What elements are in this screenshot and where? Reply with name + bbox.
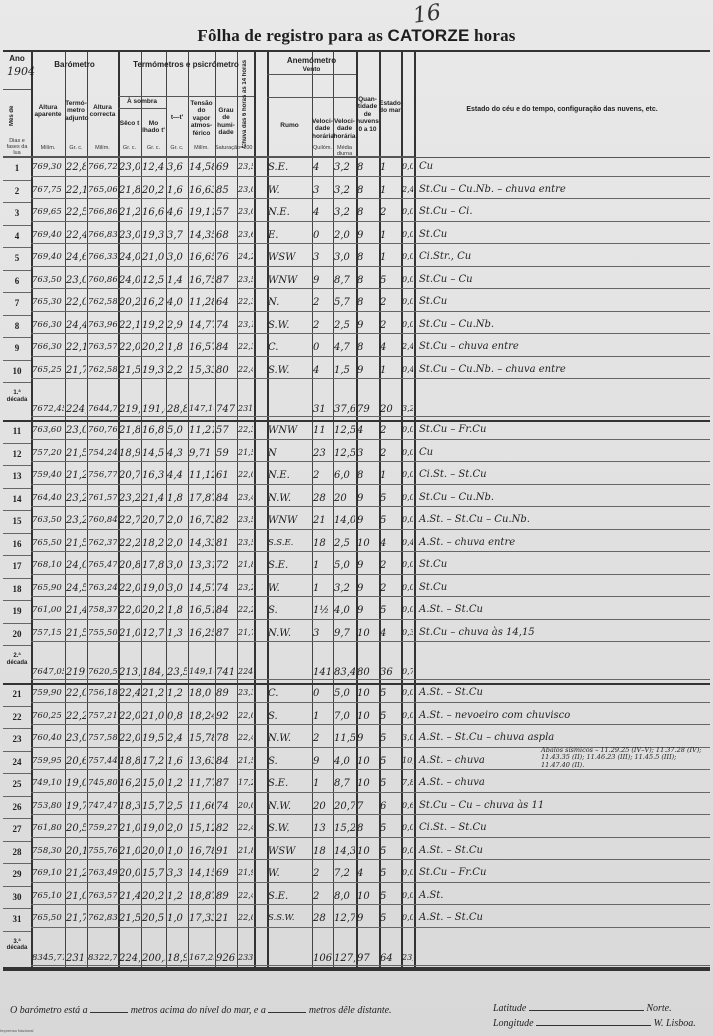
cell-chuva[interactable]: 22,2 bbox=[238, 605, 253, 614]
cell-alt_ap[interactable]: 759,95 bbox=[32, 756, 64, 766]
cell-diff[interactable]: 1,8 bbox=[167, 342, 187, 353]
cell-chuva[interactable]: 22,3 bbox=[238, 297, 253, 306]
cell-diff[interactable]: 3,7 bbox=[167, 230, 187, 241]
cell-nuv[interactable]: 9 bbox=[357, 583, 378, 594]
cell-v1[interactable]: 2 bbox=[313, 733, 332, 744]
cell-v1[interactable]: 28 bbox=[313, 493, 332, 504]
cell-v2[interactable]: 6,0 bbox=[334, 470, 355, 481]
cell-v2[interactable]: 20 bbox=[334, 493, 355, 504]
cell-alt_ap[interactable]: 769,10 bbox=[32, 868, 64, 878]
cell-chuva[interactable]: 224,0 bbox=[238, 667, 253, 676]
cell-molh[interactable]: 16,2 bbox=[142, 297, 165, 308]
cell-mar[interactable]: 5 bbox=[380, 275, 400, 286]
cell-molh[interactable]: 20,2 bbox=[142, 605, 165, 616]
cell-diff[interactable]: 1,6 bbox=[167, 756, 187, 767]
cell-term[interactable]: 20,5 bbox=[66, 823, 86, 834]
sky-remark[interactable]: A.St. – St.Cu – Cu.Nb. bbox=[419, 514, 530, 525]
cell-chuva[interactable]: 21,8 bbox=[238, 846, 253, 855]
cell-hum[interactable]: 91 bbox=[216, 846, 236, 857]
sky-remark[interactable]: Cu bbox=[419, 161, 433, 172]
cell-tens[interactable]: 16,65 bbox=[189, 252, 214, 263]
cell-nuv[interactable]: 10 bbox=[357, 778, 378, 789]
cell-diff[interactable]: 1,4 bbox=[167, 275, 187, 286]
cell-v1[interactable]: 2 bbox=[313, 470, 332, 481]
cell-v2[interactable]: 20,7 bbox=[334, 801, 355, 812]
cell-alt_cor[interactable]: 762,58 bbox=[88, 365, 117, 375]
cell-tens[interactable]: 11,77 bbox=[189, 778, 214, 789]
cell-rumo[interactable]: C. bbox=[268, 688, 311, 699]
cell-seco[interactable]: 23,2 bbox=[119, 493, 140, 504]
cell-chuva[interactable]: 23,5 bbox=[238, 538, 253, 547]
cell-alt_cor[interactable]: 765,06 bbox=[88, 185, 117, 195]
cell-hum[interactable]: 69 bbox=[216, 868, 236, 879]
cell-diff[interactable]: 1,2 bbox=[167, 688, 187, 699]
cell-rumo[interactable]: S.W. bbox=[268, 365, 311, 376]
cell-alt_ap[interactable]: 765,50 bbox=[32, 913, 64, 923]
cell-v2[interactable]: 8,7 bbox=[334, 778, 355, 789]
cell-rumo[interactable]: WNW bbox=[268, 515, 311, 526]
cell-molh[interactable]: 21,0 bbox=[142, 711, 165, 722]
cell-chuva[interactable]: 22,0 bbox=[238, 913, 253, 922]
cell-term[interactable]: 219,1 bbox=[66, 667, 86, 678]
cell-molh[interactable]: 18,2 bbox=[142, 538, 165, 549]
cell-hum[interactable]: 74 bbox=[216, 320, 236, 331]
cell-alt_cor[interactable]: 8322,74 bbox=[88, 953, 117, 963]
cell-rumo[interactable]: N.W. bbox=[268, 628, 311, 639]
cell-chuva[interactable]: 20,0 bbox=[238, 801, 253, 810]
cell-molh[interactable]: 20,2 bbox=[142, 185, 165, 196]
cell-hum[interactable]: 84 bbox=[216, 756, 236, 767]
cell-rumo[interactable]: S.E. bbox=[268, 778, 311, 789]
cell-v2[interactable]: 8,0 bbox=[334, 891, 355, 902]
cell-mar[interactable]: 1 bbox=[380, 470, 400, 481]
cell-nuv[interactable]: 8 bbox=[357, 275, 378, 286]
cell-molh[interactable]: 19,3 bbox=[142, 365, 165, 376]
cell-diff[interactable]: 1,0 bbox=[167, 846, 187, 857]
cell-oz[interactable]: 0,0 bbox=[402, 207, 413, 216]
cell-nuv[interactable]: 10 bbox=[357, 756, 378, 767]
cell-chuva[interactable]: 17,2 bbox=[238, 778, 253, 787]
cell-diff[interactable]: 3,0 bbox=[167, 560, 187, 571]
cell-chuva[interactable]: 22,0 bbox=[238, 470, 253, 479]
cell-seco[interactable]: 22,4 bbox=[119, 688, 140, 699]
cell-hum[interactable]: 741 bbox=[216, 667, 236, 678]
cell-nuv[interactable]: 10 bbox=[357, 628, 378, 639]
cell-rumo[interactable]: S.E. bbox=[268, 162, 311, 173]
cell-rumo[interactable]: N.E. bbox=[268, 207, 311, 218]
cell-v1[interactable]: 1½ bbox=[313, 605, 332, 616]
cell-rumo[interactable]: S. bbox=[268, 711, 311, 722]
cell-rumo[interactable]: N bbox=[268, 448, 311, 459]
cell-chuva[interactable]: 21,7 bbox=[238, 628, 253, 637]
cell-v2[interactable]: 3,0 bbox=[334, 252, 355, 263]
cell-mar[interactable]: 2 bbox=[380, 448, 400, 459]
cell-tens[interactable]: 14,35 bbox=[189, 230, 214, 241]
cell-chuva[interactable]: 233,8 bbox=[238, 953, 253, 962]
cell-hum[interactable]: 59 bbox=[216, 448, 236, 459]
cell-oz[interactable]: 0,4 bbox=[402, 538, 413, 547]
cell-nuv[interactable]: 8 bbox=[357, 207, 378, 218]
cell-alt_cor[interactable]: 760,86 bbox=[88, 275, 117, 285]
sky-remark[interactable]: A.St. – St.Cu bbox=[419, 604, 483, 615]
cell-mar[interactable]: 5 bbox=[380, 891, 400, 902]
cell-tens[interactable]: 149,16 bbox=[189, 667, 214, 677]
cell-rumo[interactable]: N.W. bbox=[268, 733, 311, 744]
cell-diff[interactable]: 28,8 bbox=[167, 404, 187, 415]
cell-mar[interactable]: 5 bbox=[380, 846, 400, 857]
cell-hum[interactable]: 69 bbox=[216, 162, 236, 173]
cell-hum[interactable]: 78 bbox=[216, 733, 236, 744]
cell-mar[interactable]: 4 bbox=[380, 628, 400, 639]
cell-seco[interactable]: 20,8 bbox=[119, 560, 140, 571]
cell-alt_cor[interactable]: 763,57 bbox=[88, 891, 117, 901]
cell-v1[interactable]: 1 bbox=[313, 583, 332, 594]
cell-hum[interactable]: 926 bbox=[216, 953, 236, 964]
cell-diff[interactable]: 1,2 bbox=[167, 891, 187, 902]
sky-remark[interactable]: A.St. – St.Cu bbox=[419, 687, 483, 698]
cell-alt_ap[interactable]: 759,90 bbox=[32, 688, 64, 698]
cell-oz[interactable]: 0,0 bbox=[402, 605, 413, 614]
cell-alt_cor[interactable]: 745,80 bbox=[88, 778, 117, 788]
cell-v1[interactable]: 141 bbox=[313, 667, 332, 678]
cell-tens[interactable]: 18,0 bbox=[189, 688, 214, 699]
cell-tens[interactable]: 18,87 bbox=[189, 891, 214, 902]
cell-alt_ap[interactable]: 765,90 bbox=[32, 583, 64, 593]
cell-tens[interactable]: 19,11 bbox=[189, 207, 214, 218]
cell-alt_cor[interactable]: 762,37 bbox=[88, 538, 117, 548]
cell-seco[interactable]: 22,0 bbox=[119, 733, 140, 744]
cell-tens[interactable]: 147,16 bbox=[189, 404, 214, 414]
cell-v1[interactable]: 4 bbox=[313, 207, 332, 218]
cell-alt_cor[interactable]: 755,50 bbox=[88, 628, 117, 638]
cell-molh[interactable]: 17,2 bbox=[142, 756, 165, 767]
sky-remark[interactable]: St.Cu – Cu – chuva às 11 bbox=[419, 800, 544, 811]
sky-remark[interactable]: Ci.St. – St.Cu bbox=[419, 822, 487, 833]
cell-alt_ap[interactable]: 760,40 bbox=[32, 733, 64, 743]
cell-term[interactable]: 21,2 bbox=[66, 470, 86, 481]
cell-diff[interactable]: 23,5 bbox=[167, 667, 187, 678]
cell-term[interactable]: 19,0 bbox=[66, 778, 86, 789]
cell-v2[interactable]: 5,7 bbox=[334, 297, 355, 308]
cell-molh[interactable]: 15,0 bbox=[142, 778, 165, 789]
cell-v1[interactable]: 3 bbox=[313, 628, 332, 639]
cell-v2[interactable]: 1,5 bbox=[334, 365, 355, 376]
cell-chuva[interactable]: 22,4 bbox=[238, 891, 253, 900]
cell-alt_cor[interactable]: 747,47 bbox=[88, 801, 117, 811]
cell-molh[interactable]: 20,7 bbox=[142, 515, 165, 526]
cell-alt_cor[interactable]: 763,96 bbox=[88, 320, 117, 330]
sky-remark[interactable]: St.Cu bbox=[419, 296, 447, 307]
sky-remark[interactable]: St.Cu – Cu.Nb. bbox=[419, 492, 494, 503]
cell-alt_ap[interactable]: 765,25 bbox=[32, 365, 64, 375]
cell-hum[interactable]: 85 bbox=[216, 185, 236, 196]
cell-term[interactable]: 21,7 bbox=[66, 913, 86, 924]
cell-hum[interactable]: 81 bbox=[216, 538, 236, 549]
cell-diff[interactable]: 1,0 bbox=[167, 913, 187, 924]
cell-v2[interactable]: 15,2 bbox=[334, 823, 355, 834]
cell-nuv[interactable]: 3 bbox=[357, 448, 378, 459]
cell-term[interactable]: 22,5 bbox=[66, 207, 86, 218]
cell-oz[interactable]: 0,3 bbox=[402, 628, 413, 637]
cell-oz[interactable]: 0,0 bbox=[402, 583, 413, 592]
longitude-field[interactable] bbox=[536, 1025, 651, 1026]
cell-alt_ap[interactable]: 760,25 bbox=[32, 711, 64, 721]
cell-alt_ap[interactable]: 763,50 bbox=[32, 275, 64, 285]
barometer-distance-field[interactable] bbox=[268, 1012, 306, 1013]
cell-nuv[interactable]: 9 bbox=[357, 913, 378, 924]
cell-term[interactable]: 22,1 bbox=[66, 185, 86, 196]
cell-oz[interactable]: 0,0 bbox=[402, 823, 413, 832]
cell-chuva[interactable]: 23,5 bbox=[238, 162, 253, 171]
cell-seco[interactable]: 18,9 bbox=[119, 448, 140, 459]
cell-alt_ap[interactable]: 766,30 bbox=[32, 342, 64, 352]
cell-seco[interactable]: 219,8 bbox=[119, 404, 140, 415]
cell-alt_ap[interactable]: 769,40 bbox=[32, 230, 64, 240]
cell-term[interactable]: 21,2 bbox=[66, 868, 86, 879]
cell-v1[interactable]: 9 bbox=[313, 756, 332, 767]
sky-remark[interactable]: Cu bbox=[419, 447, 433, 458]
cell-molh[interactable]: 191,0 bbox=[142, 404, 165, 415]
cell-chuva[interactable]: 21,8 bbox=[238, 560, 253, 569]
cell-chuva[interactable]: 21,5 bbox=[238, 756, 253, 765]
cell-alt_cor[interactable]: 766,72 bbox=[88, 162, 117, 172]
cell-oz[interactable]: 0,0 bbox=[402, 425, 413, 434]
cell-molh[interactable]: 16,6 bbox=[142, 207, 165, 218]
cell-molh[interactable]: 19,3 bbox=[142, 230, 165, 241]
cell-oz[interactable]: 0,0 bbox=[402, 688, 413, 697]
cell-oz[interactable]: 2,4 bbox=[402, 185, 413, 194]
cell-alt_ap[interactable]: 761,80 bbox=[32, 823, 64, 833]
cell-nuv[interactable]: 10 bbox=[357, 688, 378, 699]
cell-term[interactable]: 21,5 bbox=[66, 448, 86, 459]
cell-alt_cor[interactable]: 7620,53 bbox=[88, 667, 117, 677]
cell-hum[interactable]: 84 bbox=[216, 342, 236, 353]
cell-hum[interactable]: 82 bbox=[216, 823, 236, 834]
cell-molh[interactable]: 15,7 bbox=[142, 868, 165, 879]
cell-molh[interactable]: 15,7 bbox=[142, 801, 165, 812]
cell-mar[interactable]: 20 bbox=[380, 404, 400, 415]
cell-tens[interactable]: 16,25 bbox=[189, 628, 214, 639]
cell-term[interactable]: 231,7 bbox=[66, 953, 86, 964]
cell-seco[interactable]: 21,4 bbox=[119, 891, 140, 902]
cell-hum[interactable]: 72 bbox=[216, 560, 236, 571]
cell-alt_cor[interactable]: 755,76 bbox=[88, 846, 117, 856]
cell-rumo[interactable]: WNW bbox=[268, 275, 311, 286]
cell-alt_ap[interactable]: 758,30 bbox=[32, 846, 64, 856]
cell-alt_cor[interactable]: 757,58 bbox=[88, 733, 117, 743]
cell-nuv[interactable]: 8 bbox=[357, 342, 378, 353]
cell-hum[interactable]: 87 bbox=[216, 275, 236, 286]
cell-hum[interactable]: 64 bbox=[216, 297, 236, 308]
cell-alt_ap[interactable]: 763,60 bbox=[32, 425, 64, 435]
cell-diff[interactable]: 4,3 bbox=[167, 448, 187, 459]
cell-oz[interactable]: 0,0 bbox=[402, 448, 413, 457]
cell-rumo[interactable]: W. bbox=[268, 185, 311, 196]
cell-alt_ap[interactable]: 766,30 bbox=[32, 320, 64, 330]
cell-diff[interactable]: 3,0 bbox=[167, 583, 187, 594]
cell-tens[interactable]: 14,57 bbox=[189, 583, 214, 594]
cell-seco[interactable]: 20,2 bbox=[119, 297, 140, 308]
cell-molh[interactable]: 14,5 bbox=[142, 448, 165, 459]
cell-molh[interactable]: 20,2 bbox=[142, 891, 165, 902]
cell-rumo[interactable]: E. bbox=[268, 230, 311, 241]
barometer-height-field[interactable] bbox=[90, 1012, 128, 1013]
cell-diff[interactable]: 0,8 bbox=[167, 711, 187, 722]
sky-remark[interactable]: A.St. – chuva bbox=[419, 777, 485, 788]
cell-diff[interactable]: 2,5 bbox=[167, 801, 187, 812]
cell-seco[interactable]: 22,2 bbox=[119, 538, 140, 549]
cell-oz[interactable]: 0,0 bbox=[402, 230, 413, 239]
sky-remark[interactable]: A.St. – St.Cu bbox=[419, 912, 483, 923]
cell-tens[interactable]: 13,63 bbox=[189, 756, 214, 767]
cell-diff[interactable]: 1,6 bbox=[167, 185, 187, 196]
cell-term[interactable]: 21,7 bbox=[66, 365, 86, 376]
cell-nuv[interactable]: 9 bbox=[357, 733, 378, 744]
cell-nuv[interactable]: 9 bbox=[357, 605, 378, 616]
cell-tens[interactable]: 15,78 bbox=[189, 733, 214, 744]
cell-molh[interactable]: 19,5 bbox=[142, 733, 165, 744]
cell-hum[interactable]: 82 bbox=[216, 515, 236, 526]
cell-term[interactable]: 20,1 bbox=[66, 846, 86, 857]
cell-seco[interactable]: 24,0 bbox=[119, 252, 140, 263]
cell-term[interactable]: 24,5 bbox=[66, 583, 86, 594]
cell-v1[interactable]: 28 bbox=[313, 913, 332, 924]
sky-remark[interactable]: A.St. – chuva entre bbox=[419, 537, 515, 548]
cell-v1[interactable]: 0 bbox=[313, 342, 332, 353]
cell-mar[interactable]: 2 bbox=[380, 425, 400, 436]
cell-v1[interactable]: 3 bbox=[313, 252, 332, 263]
cell-tens[interactable]: 9,71 bbox=[189, 448, 214, 459]
cell-oz[interactable]: 0,7 bbox=[402, 667, 413, 676]
cell-nuv[interactable]: 10 bbox=[357, 846, 378, 857]
cell-seco[interactable]: 24,0 bbox=[119, 275, 140, 286]
cell-v2[interactable]: 11,5 bbox=[334, 733, 355, 744]
sky-remark[interactable]: A.St. – St.Cu bbox=[419, 845, 483, 856]
cell-tens[interactable]: 16,57 bbox=[189, 342, 214, 353]
cell-mar[interactable]: 5 bbox=[380, 711, 400, 722]
cell-mar[interactable]: 2 bbox=[380, 583, 400, 594]
cell-alt_ap[interactable]: 765,50 bbox=[32, 538, 64, 548]
cell-diff[interactable]: 5,0 bbox=[167, 425, 187, 436]
sky-remark[interactable]: A.St. – chuva bbox=[419, 755, 485, 766]
cell-term[interactable]: 21,5 bbox=[66, 538, 86, 549]
cell-chuva[interactable]: 23,6 bbox=[238, 230, 253, 239]
cell-alt_cor[interactable]: 763,24 bbox=[88, 583, 117, 593]
cell-chuva[interactable]: 22,4 bbox=[238, 733, 253, 742]
cell-v1[interactable]: 0 bbox=[313, 230, 332, 241]
sky-remark[interactable]: St.Cu – Cu.Nb. – chuva entre bbox=[419, 364, 566, 375]
cell-mar[interactable]: 2 bbox=[380, 560, 400, 571]
cell-seco[interactable]: 224,6 bbox=[119, 953, 140, 964]
cell-oz[interactable]: 0,0 bbox=[402, 493, 413, 502]
cell-molh[interactable]: 12,7 bbox=[142, 628, 165, 639]
sky-remark[interactable]: Ci.St. – St.Cu bbox=[419, 469, 487, 480]
cell-v2[interactable]: 9,7 bbox=[334, 628, 355, 639]
cell-alt_cor[interactable]: 759,27 bbox=[88, 823, 117, 833]
cell-diff[interactable]: 18,9 bbox=[167, 953, 187, 964]
cell-v2[interactable]: 3,2 bbox=[334, 583, 355, 594]
cell-seco[interactable]: 21,5 bbox=[119, 365, 140, 376]
cell-alt_ap[interactable]: 767,75 bbox=[32, 185, 64, 195]
cell-tens[interactable]: 16,75 bbox=[189, 275, 214, 286]
sky-remark[interactable]: A.St. bbox=[419, 890, 443, 901]
cell-mar[interactable]: 5 bbox=[380, 605, 400, 616]
cell-seco[interactable]: 20,0 bbox=[119, 868, 140, 879]
cell-nuv[interactable]: 7 bbox=[357, 801, 378, 812]
cell-rumo[interactable]: N.E. bbox=[268, 470, 311, 481]
cell-v2[interactable]: 5,0 bbox=[334, 688, 355, 699]
cell-rumo[interactable]: WSW bbox=[268, 846, 311, 857]
cell-alt_cor[interactable]: 762,58 bbox=[88, 297, 117, 307]
cell-tens[interactable]: 16,51 bbox=[189, 605, 214, 616]
cell-nuv[interactable]: 9 bbox=[357, 320, 378, 331]
cell-v1[interactable]: 2 bbox=[313, 891, 332, 902]
cell-oz[interactable]: 0,0 bbox=[402, 320, 413, 329]
cell-v1[interactable]: 18 bbox=[313, 538, 332, 549]
cell-diff[interactable]: 3,6 bbox=[167, 162, 187, 173]
cell-nuv[interactable]: 8 bbox=[357, 252, 378, 263]
cell-oz[interactable]: 0,0 bbox=[402, 846, 413, 855]
cell-alt_cor[interactable]: 763,49 bbox=[88, 868, 117, 878]
cell-rumo[interactable]: S.E. bbox=[268, 891, 311, 902]
cell-tens[interactable]: 15,12 bbox=[189, 823, 214, 834]
cell-nuv[interactable]: 9 bbox=[357, 560, 378, 571]
sky-remark[interactable]: St.Cu bbox=[419, 559, 447, 570]
cell-diff[interactable]: 3,0 bbox=[167, 252, 187, 263]
cell-mar[interactable]: 6 bbox=[380, 801, 400, 812]
cell-v2[interactable]: 14,3 bbox=[334, 846, 355, 857]
cell-v2[interactable]: 2,0 bbox=[334, 230, 355, 241]
cell-v2[interactable]: 3,2 bbox=[334, 207, 355, 218]
cell-rumo[interactable]: N.W. bbox=[268, 493, 311, 504]
cell-seco[interactable]: 16,2 bbox=[119, 778, 140, 789]
cell-term[interactable]: 24,0 bbox=[66, 560, 86, 571]
cell-oz[interactable]: 7,8 bbox=[402, 778, 413, 787]
cell-hum[interactable]: 87 bbox=[216, 628, 236, 639]
cell-oz[interactable]: 0,0 bbox=[402, 470, 413, 479]
cell-v2[interactable]: 7,0 bbox=[334, 711, 355, 722]
sky-remark[interactable]: St.Cu bbox=[419, 229, 447, 240]
cell-alt_ap[interactable]: 764,40 bbox=[32, 493, 64, 503]
cell-nuv[interactable]: 10 bbox=[357, 538, 378, 549]
cell-oz[interactable]: 0,0 bbox=[402, 868, 413, 877]
cell-nuv[interactable]: 4 bbox=[357, 868, 378, 879]
cell-seco[interactable]: 21,2 bbox=[119, 207, 140, 218]
cell-diff[interactable]: 2,0 bbox=[167, 538, 187, 549]
cell-v1[interactable]: 9 bbox=[313, 275, 332, 286]
cell-nuv[interactable]: 8 bbox=[357, 470, 378, 481]
cell-tens[interactable]: 14,77 bbox=[189, 320, 214, 331]
cell-v2[interactable]: 37,6 bbox=[334, 404, 355, 415]
cell-term[interactable]: 19,7 bbox=[66, 801, 86, 812]
cell-seco[interactable]: 22,1 bbox=[119, 320, 140, 331]
cell-term[interactable]: 22,0 bbox=[66, 297, 86, 308]
cell-molh[interactable]: 20,0 bbox=[142, 846, 165, 857]
cell-hum[interactable]: 21 bbox=[216, 913, 236, 924]
cell-tens[interactable]: 11,21 bbox=[189, 425, 214, 436]
cell-alt_cor[interactable]: 757,44 bbox=[88, 756, 117, 766]
cell-molh[interactable]: 12,4 bbox=[142, 162, 165, 173]
cell-seco[interactable]: 22,0 bbox=[119, 342, 140, 353]
cell-alt_ap[interactable]: 7647,05 bbox=[32, 667, 64, 677]
sky-remark[interactable]: A.St. – nevoeiro com chuvisco bbox=[419, 710, 570, 721]
cell-seco[interactable]: 21,0 bbox=[119, 823, 140, 834]
cell-v1[interactable]: 1 bbox=[313, 560, 332, 571]
cell-molh[interactable]: 17,8 bbox=[142, 560, 165, 571]
cell-seco[interactable]: 22,0 bbox=[119, 605, 140, 616]
cell-diff[interactable]: 4,0 bbox=[167, 297, 187, 308]
cell-rumo[interactable]: S.W. bbox=[268, 823, 311, 834]
